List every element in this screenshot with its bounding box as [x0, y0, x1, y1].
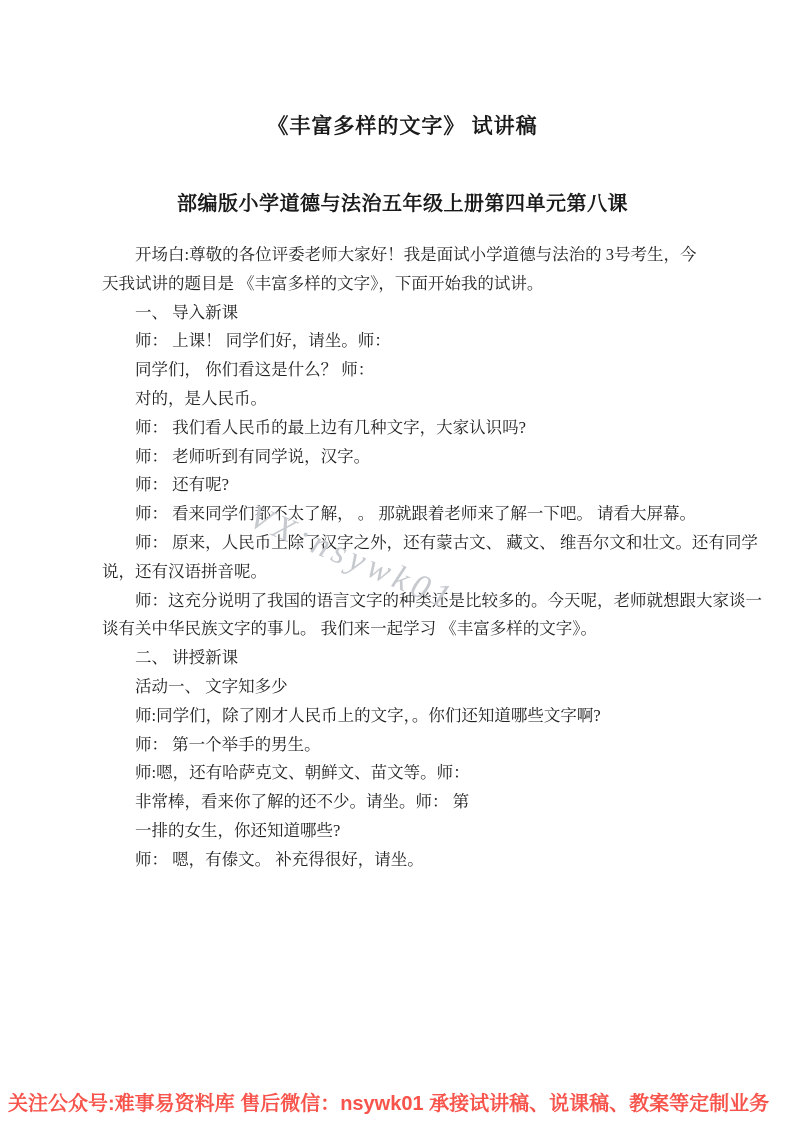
text-line: 二、 讲授新课: [102, 644, 705, 673]
text-line: 师： 看来同学们都不太了解， 。 那就跟着老师来了解一下吧。 请看大屏幕。: [102, 500, 705, 529]
page-subtitle: 部编版小学道德与法治五年级上册第四单元第八课: [0, 187, 805, 216]
text-line: 同学们， 你们看这是什么？ 师：: [102, 356, 705, 385]
text-line: 活动一、 文字知多少: [102, 673, 705, 702]
text-line: 师： 老师听到有同学说，汉字。: [102, 443, 705, 472]
text-line: 非常棒，看来你了解的还不少。请坐。师： 第: [102, 788, 705, 817]
text-line: 对的，是人民币。: [102, 385, 705, 414]
text-line: 谈有关中华民族文字的事儿。 我们来一起学习 《丰富多样的文字》。: [102, 615, 705, 644]
text-line: 天我试讲的题目是 《丰富多样的文字》，下面开始我的试讲。: [102, 270, 705, 299]
text-line: 师： 原来，人民币上除了汉字之外，还有蒙古文、 藏文、 维吾尔文和壮文。还有同学: [102, 529, 705, 558]
text-line: 师： 嗯，有傣文。 补充得很好，请坐。: [102, 846, 705, 875]
text-line: 一排的女生，你还知道哪些?: [102, 817, 705, 846]
text-line: 开场白:尊敬的各位评委老师大家好！我是面试小学道德与法治的 3号考生，今: [102, 241, 705, 270]
text-line: 师:嗯，还有哈萨克文、朝鲜文、苗文等。师：: [102, 759, 705, 788]
text-line: 师：这充分说明了我国的语言文字的种类还是比较多的。今天呢，老师就想跟大家谈一: [102, 587, 705, 616]
text-line: 一、 导入新课: [102, 299, 705, 328]
document-page: 《丰富多样的文字》 试讲稿 部编版小学道德与法治五年级上册第四单元第八课 开场白…: [0, 0, 805, 1122]
footer-banner: 关注公众号:难事易资料库 售后微信：nsywk01 承接试讲稿、说课稿、教案等定…: [8, 1090, 797, 1118]
text-line: 说，还有汉语拼音呢。: [102, 558, 705, 587]
text-line: 师： 我们看人民币的最上边有几种文字，大家认识吗?: [102, 414, 705, 443]
text-line: 师： 第一个举手的男生。: [102, 731, 705, 760]
page-title: 《丰富多样的文字》 试讲稿: [0, 110, 805, 140]
text-line: 师： 上课！ 同学们好，请坐。师：: [102, 327, 705, 356]
text-line: 师:同学们，除了刚才人民币上的文字，。你们还知道哪些文字啊?: [102, 702, 705, 731]
body-text: 开场白:尊敬的各位评委老师大家好！我是面试小学道德与法治的 3号考生，今天我试讲…: [102, 241, 705, 875]
text-line: 师： 还有呢?: [102, 471, 705, 500]
